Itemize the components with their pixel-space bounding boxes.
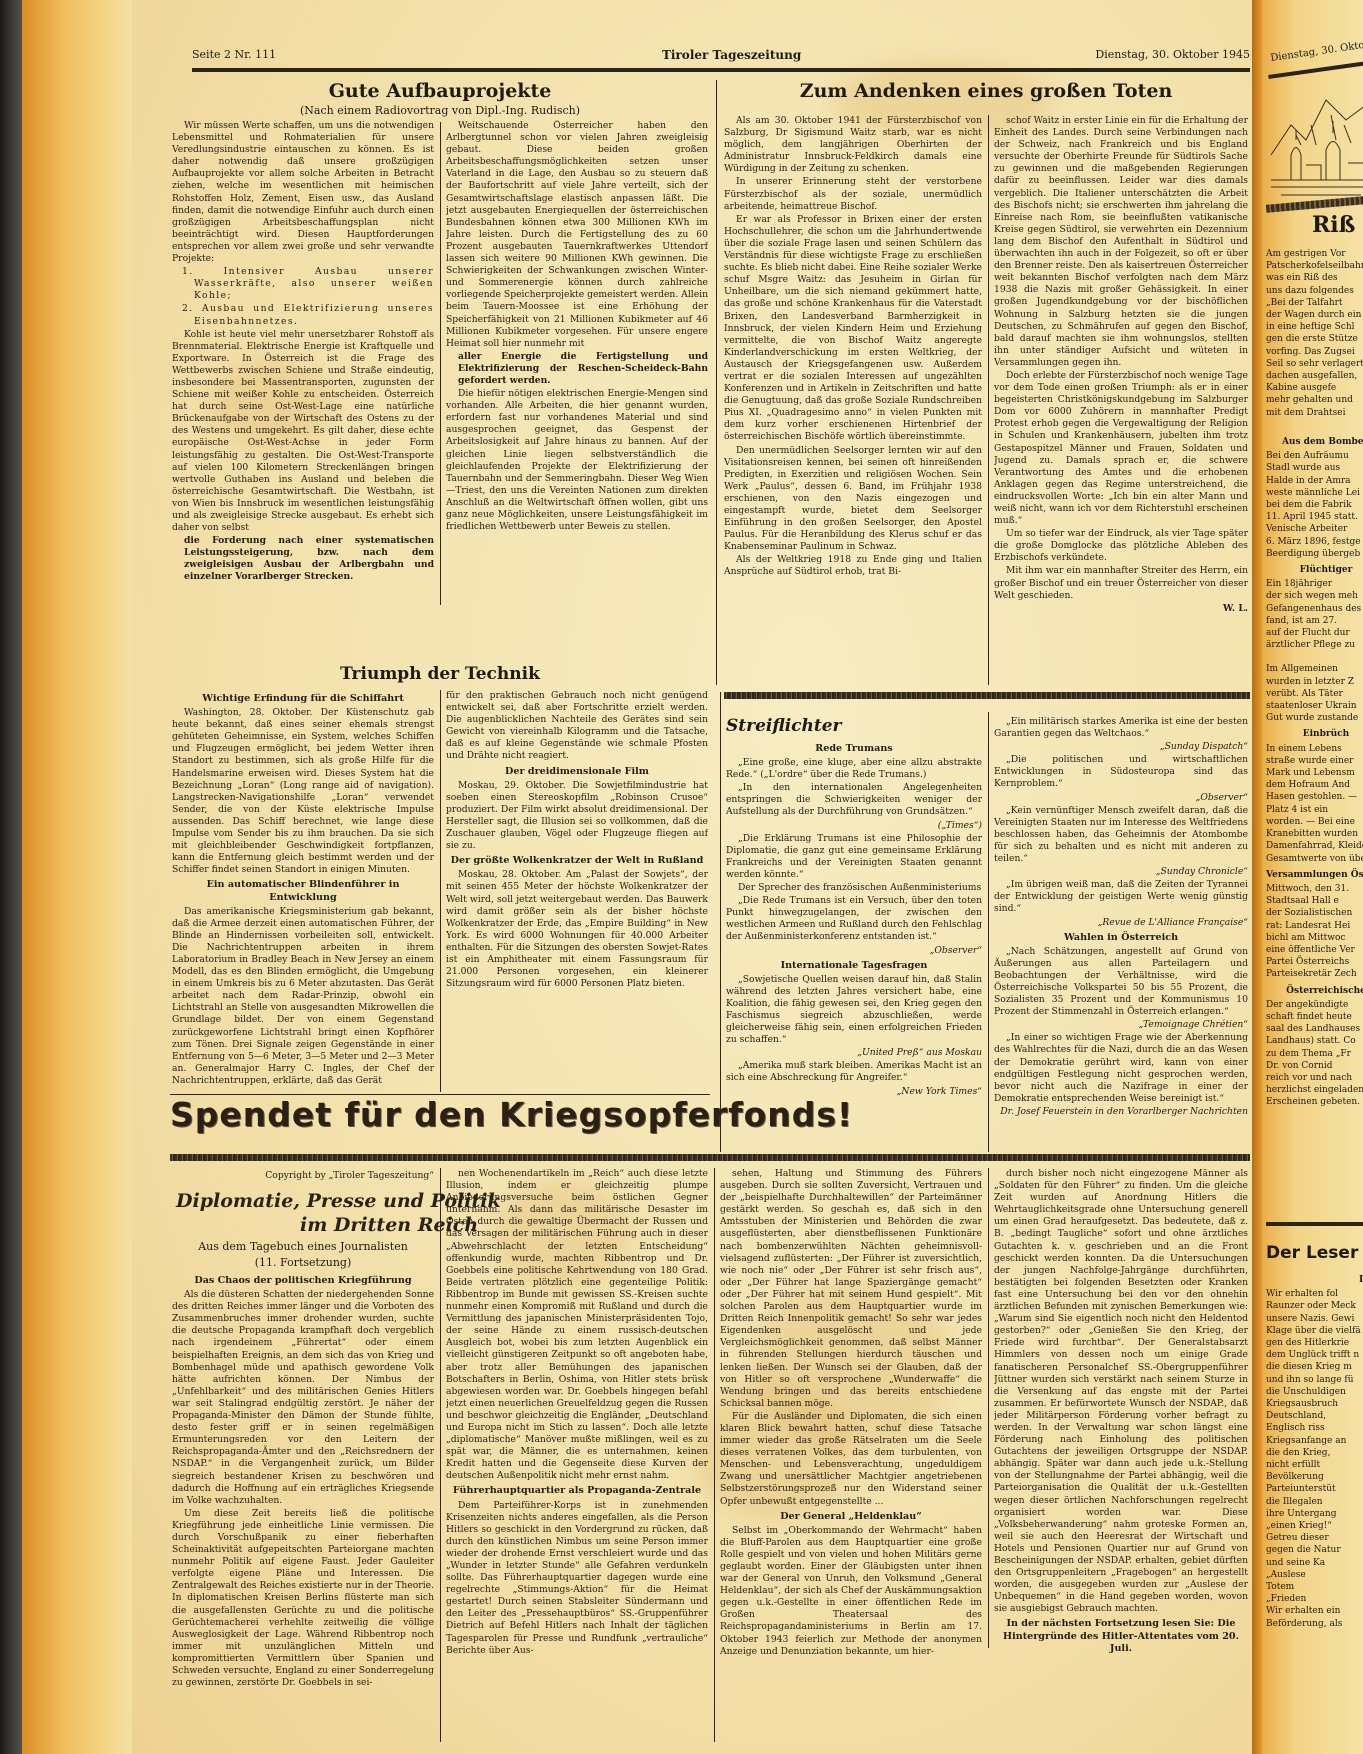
section-heading: Rede Trumans [726, 743, 982, 755]
text-line: Bevölkerung [1266, 1471, 1363, 1483]
paragraph: Mit ihm war ein mannhafter Streiter des … [994, 565, 1248, 601]
project-list-item: 1. Intensiver Ausbau unserer Wasserkräft… [172, 266, 434, 302]
text-line: dem Unglück trifft n [1266, 1349, 1363, 1361]
column-divider [716, 80, 717, 685]
section-heading: Das Chaos der politischen Kriegführung [172, 1275, 434, 1287]
paper-name: Tiroler Tageszeitung [662, 48, 801, 62]
paragraph: „Kein vernünftiger Mensch zweifelt daran… [994, 805, 1248, 865]
text-line: reich vor und nach [1266, 1072, 1363, 1084]
section-divider-band [170, 1154, 1250, 1161]
masthead: Seite 2 Nr. 111 Tiroler Tageszeitung Die… [192, 48, 1250, 68]
text-line: verübt. Als Täter [1266, 688, 1363, 700]
paragraph: Er war als Professor in Brixen einer der… [724, 214, 982, 444]
adjacent-page: Dienstag, 30. Oktob Riß Am gestrigen Vor… [1252, 0, 1363, 1754]
text-line: herzlichst eingeladen [1266, 1084, 1363, 1096]
text-line: schaft findet heute [1266, 1011, 1363, 1023]
text-line: fand, ist am 27. [1266, 615, 1363, 627]
column-divider [988, 1168, 989, 1648]
quote-source: „United Preß“ aus Moskau [726, 1047, 982, 1059]
text-line: Stadtsaal Hall e [1266, 895, 1363, 907]
quote-source: („Times“) [726, 820, 982, 832]
page-number: Seite 2 Nr. 111 [192, 48, 276, 61]
project-list-item: 2. Ausbau und Elektrifizierung unseres E… [172, 303, 434, 327]
text-line: Seil so sehr verlagert [1266, 358, 1363, 370]
text-line: wurden in letzter Z [1266, 676, 1363, 688]
text-line: „Frieden [1266, 1593, 1363, 1605]
diplomatie-column-4: durch bisher noch nicht eingezogene Männ… [994, 1168, 1248, 1742]
quote-source: „New York Times“ [726, 1086, 982, 1098]
text-line: eine öffentliche Ver [1266, 944, 1363, 956]
text-line: Kriegsausbruch [1266, 1398, 1363, 1410]
adjacent-col-b: Aus dem Bomben Bei den AufräumuStadl wur… [1266, 432, 1363, 1109]
section-heading: Der General „Heldenklau“ [720, 1511, 982, 1523]
section-heading: Wahlen in Österreich [994, 932, 1248, 944]
text-line: Patscherkofelseilbahn [1266, 260, 1363, 272]
section-heading: Führerhauptquartier als Propaganda-Zentr… [446, 1485, 708, 1497]
text-line: die diesen Krieg m [1266, 1361, 1363, 1373]
section-heading: Der größte Wolkenkratzer der Welt in Ruß… [446, 855, 708, 867]
text-line: worden. — Bei eine [1266, 816, 1363, 828]
quote-source: „Observer“ [726, 945, 982, 957]
paragraph: Moskau, 28. Oktober. Am „Palast der Sowj… [446, 869, 708, 990]
paragraph: Dem Parteiführer-Korps ist in zunehmende… [446, 1500, 708, 1657]
text-line: staatenloser Ukrain [1266, 700, 1363, 712]
text-line: Mark und Lebensm [1266, 767, 1363, 779]
text-line: Dr. von Cornid [1266, 1060, 1363, 1072]
paragraph: „Die politischen und wirtschaftlichen En… [994, 754, 1248, 790]
adjacent-col-h: Die Wir erhalten folRaunzer oder Meckuns… [1266, 1270, 1363, 1630]
diplomatie-column-3: sehen, Haltung und Stimmung des Führers … [720, 1168, 982, 1742]
paragraph: „Im übrigen weiß man, daß die Zeiten der… [994, 879, 1248, 915]
text-line: Raunzer oder Meck [1266, 1300, 1363, 1312]
text-line: Kriegsanfange an [1266, 1435, 1363, 1447]
text-line: „Bei der Talfahrt [1266, 297, 1363, 309]
text-line: dem Hofraum And [1266, 779, 1363, 791]
paragraph: In unserer Erinnerung steht der verstorb… [724, 176, 982, 212]
andenken-column-1: Als am 30. Oktober 1941 der Fürsterzbisc… [724, 115, 982, 685]
paragraph: nen Wochenendartikeln im „Reich“ auch di… [446, 1168, 708, 1482]
andenken-signature: W. L. [994, 603, 1248, 615]
paragraph: „In den internationalen Angelegenheiten … [726, 782, 982, 818]
paragraph: Selbst im „Oberkommando der Wehrmacht“ h… [720, 1525, 982, 1658]
text-line: Englisch riss [1266, 1422, 1363, 1434]
text-line: rat: Landesrat Hei [1266, 920, 1363, 932]
text-line: Kranebitten wurden [1266, 828, 1363, 840]
paragraph: Den unermüdlichen Seelsorger lernten wir… [724, 445, 982, 554]
text-line: 11. April 1945 statt. [1266, 511, 1363, 523]
quote-source: „Sunday Dispatch“ [994, 741, 1248, 753]
paragraph: „Nach Schätzungen, angestellt auf Grund … [994, 946, 1248, 1019]
text-line: in eine heftige Schl [1266, 321, 1363, 333]
text-line: Damenfahrrad, Kleide [1266, 840, 1363, 852]
text-line: Bei den Aufräumu [1266, 450, 1363, 462]
text-line: Gesamtwerte von über [1266, 853, 1363, 865]
paragraph: Als die düsteren Schatten der niedergehe… [172, 1289, 434, 1507]
text-line: die Unschuldigen [1266, 1386, 1363, 1398]
text-line: Venische Arbeiter [1266, 523, 1363, 535]
paragraph: Das amerikanische Kriegsministerium gab … [172, 906, 434, 1087]
text-line: gen des Hitlerkrie [1266, 1337, 1363, 1349]
column-divider [440, 1168, 441, 1742]
text-line: der Wagen durch ein [1266, 309, 1363, 321]
adjacent-masthead-rule [1268, 61, 1363, 79]
aufbau-emphasis-2: aller Energie die Fertigstellung und Ele… [446, 351, 708, 387]
adjacent-rule [1266, 1222, 1363, 1226]
text-line: auf der Flucht dur [1266, 627, 1363, 639]
adjacent-col-a: Am gestrigen VorPatscherkofelseilbahnwas… [1266, 248, 1363, 419]
paragraph: Als der Weltkrieg 1918 zu Ende ging und … [724, 554, 982, 578]
text-line: Parteiunterstüt [1266, 1483, 1363, 1495]
text-line: Partei Österreichs [1266, 956, 1363, 968]
adjacent-date: Dienstag, 30. Oktob [1270, 39, 1363, 64]
text-line: und ihn so lange fü [1266, 1374, 1363, 1386]
kriegsopferfonds-banner: Spendet für den Kriegsopferfonds! [170, 1095, 710, 1141]
text-line: zu dem Thema „Fr [1266, 1048, 1363, 1060]
text-line: Halde in der Amra [1266, 475, 1363, 487]
text-line: Parteisekretär Zech [1266, 968, 1363, 980]
diplomatie-column-1: Das Chaos der politischen KriegführungAl… [172, 1272, 434, 1742]
text-line: Getreu dieser [1266, 1532, 1363, 1544]
text-line: die Illegalen [1266, 1496, 1363, 1508]
paragraph: Für die Ausländer und Diplomaten, die si… [720, 1411, 982, 1508]
headline-aufbauprojekte: Gute Aufbauprojekte [170, 80, 710, 102]
paragraph: Kohle ist heute viel mehr unersetzbarer … [172, 329, 434, 535]
paragraph: für den praktischen Gebrauch noch nicht … [446, 690, 708, 763]
streiflichter-band [724, 692, 1250, 699]
paragraph: Um diese Zeit bereits ließ die politisch… [172, 1508, 434, 1689]
paragraph: Die hiefür nötigen elektrischen Energie-… [446, 388, 708, 533]
headline-andenken: Zum Andenken eines großen Toten [722, 80, 1250, 102]
column-divider [720, 692, 721, 1152]
series-installment: (11. Fortsetzung) [172, 1256, 434, 1269]
paragraph: Als am 30. Oktober 1941 der Fürsterzbisc… [724, 115, 982, 175]
paragraph: Doch erlebte der Fürsterzbischof noch we… [994, 370, 1248, 527]
headline-technik: Triumph der Technik [170, 664, 710, 684]
section-heading: Ein automatischer Blindenführer in Entwi… [172, 879, 434, 903]
text-line: bichl am Mittwoc [1266, 932, 1363, 944]
paragraph: „Die Erklärung Trumans ist eine Philosop… [726, 833, 982, 881]
text-line: Deutschland, [1266, 1410, 1363, 1422]
column-divider [714, 1168, 715, 1742]
quote-source: Dr. Josef Feuerstein in den Vorarlberger… [994, 1106, 1248, 1118]
masthead-rule [192, 68, 1250, 72]
text-line: Landhaus) statt. Co [1266, 1035, 1363, 1047]
text-line: was ein Riß des [1266, 272, 1363, 284]
column-divider [440, 122, 441, 605]
text-line: die den Krieg, [1266, 1447, 1363, 1459]
technik-column-1: Wichtige Erfindung für die SchiffahrtWas… [172, 690, 434, 1092]
text-line: straße wurde einer [1266, 755, 1363, 767]
paragraph: „In einer so wichtigen Frage wie der Abe… [994, 1032, 1248, 1105]
text-line: Ein 18jähriger [1266, 578, 1363, 590]
text-line: „Auslese [1266, 1569, 1363, 1581]
text-line: Beförderung, als [1266, 1618, 1363, 1630]
next-installment-note: In der nächsten Fortsetzung lesen Sie: D… [994, 1618, 1248, 1654]
text-line: ihre Untergang [1266, 1508, 1363, 1520]
text-line: Am gestrigen Vor [1266, 248, 1363, 260]
text-line: Erscheinen gebeten. [1266, 1096, 1363, 1108]
quote-source: „Temoignage Chrétien“ [994, 1019, 1248, 1031]
diplomatie-column-2: nen Wochenendartikeln im „Reich“ auch di… [446, 1168, 708, 1742]
paragraph: „Sowjetische Quellen weisen darauf hin, … [726, 974, 982, 1047]
aufbau-emphasis-1: die Forderung nach einer systematischen … [172, 535, 434, 583]
text-line: weste männliche Lei [1266, 487, 1363, 499]
text-line: ärztlicher Pflege zu [1266, 639, 1363, 651]
text-line: Beerdigung übergeb [1266, 548, 1363, 560]
column-divider [988, 115, 989, 685]
text-line: Mittwoch, den 31. [1266, 883, 1363, 895]
text-line: saal des Landhauses [1266, 1023, 1363, 1035]
text-line: Kabine ausgefe [1266, 382, 1363, 394]
text-line: Totem [1266, 1581, 1363, 1593]
adjacent-headline-riss: Riß [1312, 212, 1355, 238]
text-line: vorfing. Das Zugsei [1266, 346, 1363, 358]
text-line: dachen ausgefallen, [1266, 370, 1363, 382]
quote-source: „Observer“ [994, 792, 1248, 804]
paragraph: „Eine große, eine kluge, aber eine allzu… [726, 757, 982, 781]
text-line: bei dem die Fabrik [1266, 499, 1363, 511]
column-divider [440, 690, 441, 1092]
paragraph: Weitschauende Österreicher haben den Arl… [446, 120, 708, 350]
text-line: der Sozialistischen [1266, 907, 1363, 919]
paragraph: durch bisher noch nicht eingezogene Männ… [994, 1168, 1248, 1615]
aufbau-column-1: Wir müssen Werte schaffen, um uns die no… [172, 120, 434, 605]
page-gutter [1252, 0, 1262, 1754]
issue-date: Dienstag, 30. Oktober 1945 [1095, 48, 1250, 61]
text-line: Gefangenenhaus des [1266, 603, 1363, 615]
text-line: gegen die Natur [1266, 1544, 1363, 1556]
paragraph: „Amerika muß stark bleiben. Amerikas Mac… [726, 1060, 982, 1084]
technik-column-2: für den praktischen Gebrauch noch nicht … [446, 690, 708, 1092]
text-line: Der angekündigte [1266, 999, 1363, 1011]
text-line: uns dazu folgendes [1266, 285, 1363, 297]
adjacent-headline-leser: Der Leser ha [1266, 1243, 1363, 1263]
paragraph: Washington, 28. Oktober. Der Küstenschut… [172, 707, 434, 876]
text-line: gen die erste Stütze [1266, 333, 1363, 345]
paragraph: Der Sprecher des französischen Außenmini… [726, 882, 982, 894]
text-line: Gut wurde zustande [1266, 712, 1363, 724]
text-line: Wir erhalten ein [1266, 1605, 1363, 1617]
text-line: nicht erfüllt [1266, 1459, 1363, 1471]
series-subtitle: Aus dem Tagebuch eines Journalisten [172, 1240, 434, 1253]
quote-source: „Revue de L'Alliance Française“ [994, 917, 1248, 929]
streiflichter-title: Streiflichter [726, 716, 842, 736]
section-heading: Der dreidimensionale Film [446, 766, 708, 778]
paragraph: sehen, Haltung und Stimmung des Führers … [720, 1168, 982, 1410]
paragraph: Moskau, 29. Oktober. Die Sowjetfilmindus… [446, 780, 708, 853]
town-illustration [1266, 85, 1363, 205]
column-divider [988, 712, 989, 1152]
page-edge-left [22, 0, 132, 1754]
text-line: und seine Ka [1266, 1557, 1363, 1569]
text-line: Im Allgemeinen [1266, 663, 1363, 675]
section-heading: Internationale Tagesfragen [726, 960, 982, 972]
byline-aufbauprojekte: (Nach einem Radiovortrag von Dipl.-Ing. … [170, 104, 710, 117]
paragraph: Um so tiefer war der Eindruck, als vier … [994, 528, 1248, 564]
section-heading: Wichtige Erfindung für die Schiffahrt [172, 693, 434, 705]
text-line: Wir erhalten fol [1266, 1288, 1363, 1300]
text-line: mit dem Drahtsei [1266, 407, 1363, 419]
streiflichter-column-2: „Ein militärisch starkes Amerika ist ein… [994, 716, 1248, 1152]
streiflichter-column-1: Rede Trumans„Eine große, eine kluge, abe… [726, 740, 982, 1150]
book-binding [0, 0, 22, 1754]
paragraph: schof Waitz in erster Linie ein für die … [994, 115, 1248, 369]
text-line: mehr gehalten und [1266, 394, 1363, 406]
text-line: „einen Krieg!“ [1266, 1520, 1363, 1532]
aufbau-column-2: Weitschauende Österreicher haben den Arl… [446, 120, 708, 605]
paragraph: „Die Rede Trumans ist ein Versuch, über … [726, 895, 982, 943]
paragraph: Wir müssen Werte schaffen, um uns die no… [172, 120, 434, 265]
text-line: Klage über die vielfä [1266, 1325, 1363, 1337]
text-line: Platz 4 ist ein [1266, 804, 1363, 816]
text-line: Hasen gestohlen. — [1266, 791, 1363, 803]
quote-source: „Sunday Chronicle“ [994, 866, 1248, 878]
andenken-column-2: schof Waitz in erster Linie ein für die … [994, 115, 1248, 685]
text-line: der sich wegen meh [1266, 590, 1363, 602]
text-line: 6. März 1896, festge [1266, 536, 1363, 548]
text-line: unsere Nazis. Gewi [1266, 1313, 1363, 1325]
paragraph: „Ein militärisch starkes Amerika ist ein… [994, 716, 1248, 740]
text-line: In einem Lebens [1266, 743, 1363, 755]
text-line: Stadl wurde aus [1266, 462, 1363, 474]
